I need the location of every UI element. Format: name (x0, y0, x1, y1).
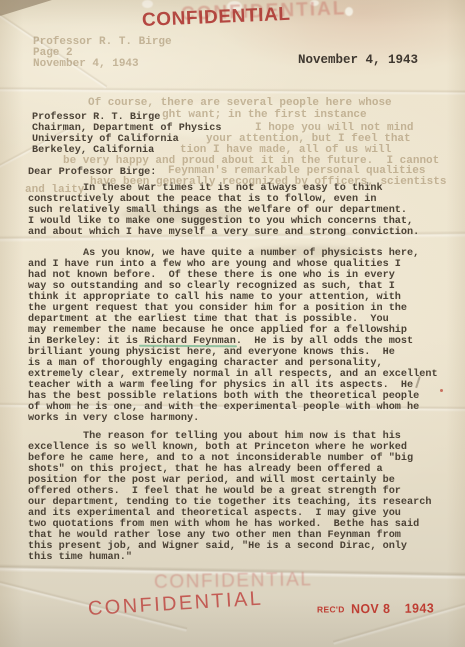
paper-crease (0, 86, 465, 95)
confidential-stamp-top: CONFIDENTIAL (142, 4, 291, 32)
scanned-letter: Professor R. T. Birge Page 2 November 4,… (0, 0, 465, 647)
letter-paragraph-3: The reason for telling you about him now… (28, 431, 432, 563)
letter-paragraph-1: In these war times it is not always easy… (28, 183, 419, 238)
recipient-address: Professor R. T. Birge Chairman, Departme… (32, 112, 222, 156)
confidential-stamp-bottom: CONFIDENTIAL (87, 588, 264, 621)
typed-date: November 4, 1943 (298, 55, 418, 66)
received-date: NOV 8 (351, 601, 391, 616)
salutation: Dear Professor Birge: (28, 167, 156, 178)
received-stamp: REC'D NOV 8 1943 (317, 600, 435, 616)
received-label: REC'D (317, 604, 345, 614)
paper-crease (333, 590, 465, 645)
ink-dot (440, 389, 443, 392)
ghost-header: Professor R. T. Birge Page 2 November 4,… (33, 37, 172, 70)
corner-fold (0, 0, 52, 16)
damage-spot (142, 0, 153, 8)
ghost-text-line: Of course, there are several people here… (88, 98, 392, 109)
received-year: 1943 (405, 600, 435, 615)
letter-paragraph-2: As you know, we have quite a number of p… (28, 248, 438, 424)
